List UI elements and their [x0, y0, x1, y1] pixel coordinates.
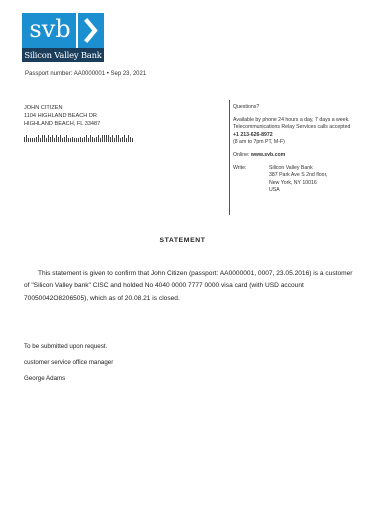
contact-block: Questions? Available by phone 24 hours a…	[233, 104, 361, 195]
signer-name: George Adams	[24, 375, 65, 382]
recipient-address: JOHN CITIZEN 1104 HIGHLAND BEACH DR HIGH…	[24, 104, 100, 129]
logo-short-text: svb	[25, 13, 75, 48]
postal-barcode	[24, 130, 150, 138]
contact-divider	[229, 100, 230, 215]
write-line: USA	[269, 187, 327, 195]
write-line: New York, NY 10016	[269, 180, 327, 188]
chevron-right-icon	[79, 13, 104, 48]
write-line: 387 Park Ave S 2nd floor,	[269, 172, 327, 180]
logo-top-block: svb	[22, 13, 104, 48]
recipient-name: JOHN CITIZEN	[24, 104, 100, 112]
contact-relay: Telecommunications Relay Services calls …	[233, 124, 361, 132]
svb-logo: svb Silicon Valley Bank	[22, 13, 104, 62]
contact-hours: (8 am to 7pm PT, M-F)	[233, 139, 361, 147]
write-address: Silicon Valley Bank 387 Park Ave S 2nd f…	[269, 165, 327, 195]
write-line: Silicon Valley Bank	[269, 165, 327, 173]
online-label: Online:	[233, 152, 249, 158]
contact-online: Online: www.svb.com	[233, 152, 361, 160]
statement-title: STATEMENT	[0, 237, 365, 244]
contact-write: Write: Silicon Valley Bank 387 Park Ave …	[233, 165, 361, 195]
signer-title: customer service office manager	[24, 359, 113, 366]
contact-availability: Available by phone 24 hours a day, 7 day…	[233, 117, 361, 125]
contact-phone: +1 213-626-8972	[233, 132, 361, 140]
logo-full-name: Silicon Valley Bank	[22, 48, 104, 62]
statement-body: This statement is given to confirm that …	[24, 268, 354, 305]
recipient-address-line1: 1104 HIGHLAND BEACH DR	[24, 112, 100, 120]
recipient-address-line2: HIGHLAND BEACH, FL 33487	[24, 120, 100, 128]
online-url-link[interactable]: www.svb.com	[251, 152, 285, 158]
submit-note: To be submitted upon request.	[24, 343, 107, 350]
logo-divider	[76, 13, 78, 48]
contact-heading: Questions?	[233, 104, 361, 112]
passport-line: Passport number: AA0000001 • Sep 23, 202…	[25, 71, 146, 77]
write-label: Write:	[233, 165, 269, 195]
